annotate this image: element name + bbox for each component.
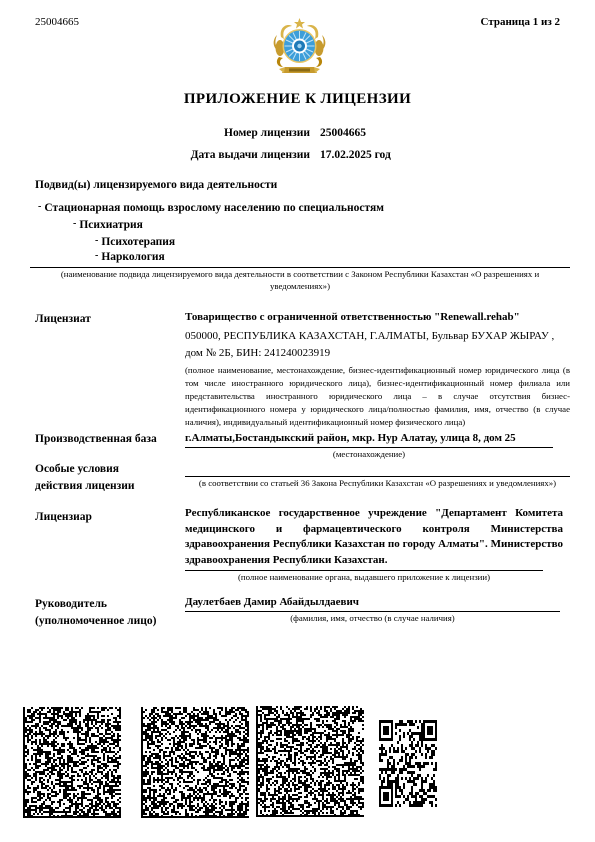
production-base-label: Производственная база xyxy=(35,431,157,448)
subtypes-caption: (наименование подвида лицензируемого вид… xyxy=(30,269,570,292)
licensor-value: Республиканское государственное учрежден… xyxy=(185,506,563,568)
subtypes-underline xyxy=(30,267,570,268)
page-indicator: Страница 1 из 2 xyxy=(481,16,560,29)
production-base-caption: (местонахождение) xyxy=(185,449,553,461)
special-conditions-caption: (в соответствии со статьей 36 Закона Рес… xyxy=(185,478,570,490)
head-person-caption: (фамилия, имя, отчество (в случае наличи… xyxy=(185,613,560,625)
subtypes-heading: Подвид(ы) лицензируемого вида деятельнос… xyxy=(35,179,277,191)
licensor-label: Лицензиар xyxy=(35,509,92,526)
license-annex-page: 25004665 Страница 1 из 2 xyxy=(0,0,595,842)
issue-date-label: Дата выдачи лицензии xyxy=(35,149,310,161)
license-number-value: 25004665 xyxy=(320,127,366,139)
production-base-value: г.Алматы,Бостандыкский район, мкр. Нур А… xyxy=(185,430,570,447)
subtype-item: -Наркология xyxy=(95,250,165,263)
subtype-item: -Стационарная помощь взрослому населению… xyxy=(38,201,384,214)
issue-date-row: Дата выдачи лицензии 17.02.2025 год xyxy=(35,149,560,161)
list-dash-icon: - xyxy=(95,235,98,246)
doc-number: 25004665 xyxy=(35,16,79,29)
production-base-underline xyxy=(185,447,553,448)
licensee-name: Товарищество с ограниченной ответственно… xyxy=(185,309,570,326)
data-matrix-barcode-2 xyxy=(141,707,249,818)
head-person-value: Даулетбаев Дамир Абайдылдаевич xyxy=(185,594,570,611)
page-title: ПРИЛОЖЕНИЕ К ЛИЦЕНЗИИ xyxy=(0,91,595,108)
data-matrix-barcode-3 xyxy=(256,706,364,817)
licensor-caption: (полное наименование органа, выдавшего п… xyxy=(185,572,543,584)
licensor-underline xyxy=(185,570,543,571)
licensee-caption: (полное наименование, местонахождение, б… xyxy=(185,364,570,429)
head-person-label: Руководитель (уполномоченное лицо) xyxy=(35,596,156,630)
license-number-row: Номер лицензии 25004665 xyxy=(35,127,560,139)
list-dash-icon: - xyxy=(95,250,98,261)
licensee-label: Лицензиат xyxy=(35,311,91,328)
issue-date-value: 17.02.2025 год xyxy=(320,149,391,161)
list-dash-icon: - xyxy=(38,201,41,212)
subtype-item: -Психиатрия xyxy=(73,218,143,231)
subtype-item: -Психотерапия xyxy=(95,235,175,248)
data-matrix-barcode-1 xyxy=(23,707,121,818)
special-conditions-underline xyxy=(185,476,570,477)
list-dash-icon: - xyxy=(73,218,76,229)
special-conditions-label: Особые условия действия лицензии xyxy=(35,461,135,495)
kazakhstan-coat-of-arms-icon xyxy=(269,17,330,81)
license-number-label: Номер лицензии xyxy=(35,127,310,139)
head-person-underline xyxy=(185,611,560,612)
qr-code xyxy=(379,720,437,808)
licensee-address: 050000, РЕСПУБЛИКА КАЗАХСТАН, Г.АЛМАТЫ, … xyxy=(185,328,570,362)
